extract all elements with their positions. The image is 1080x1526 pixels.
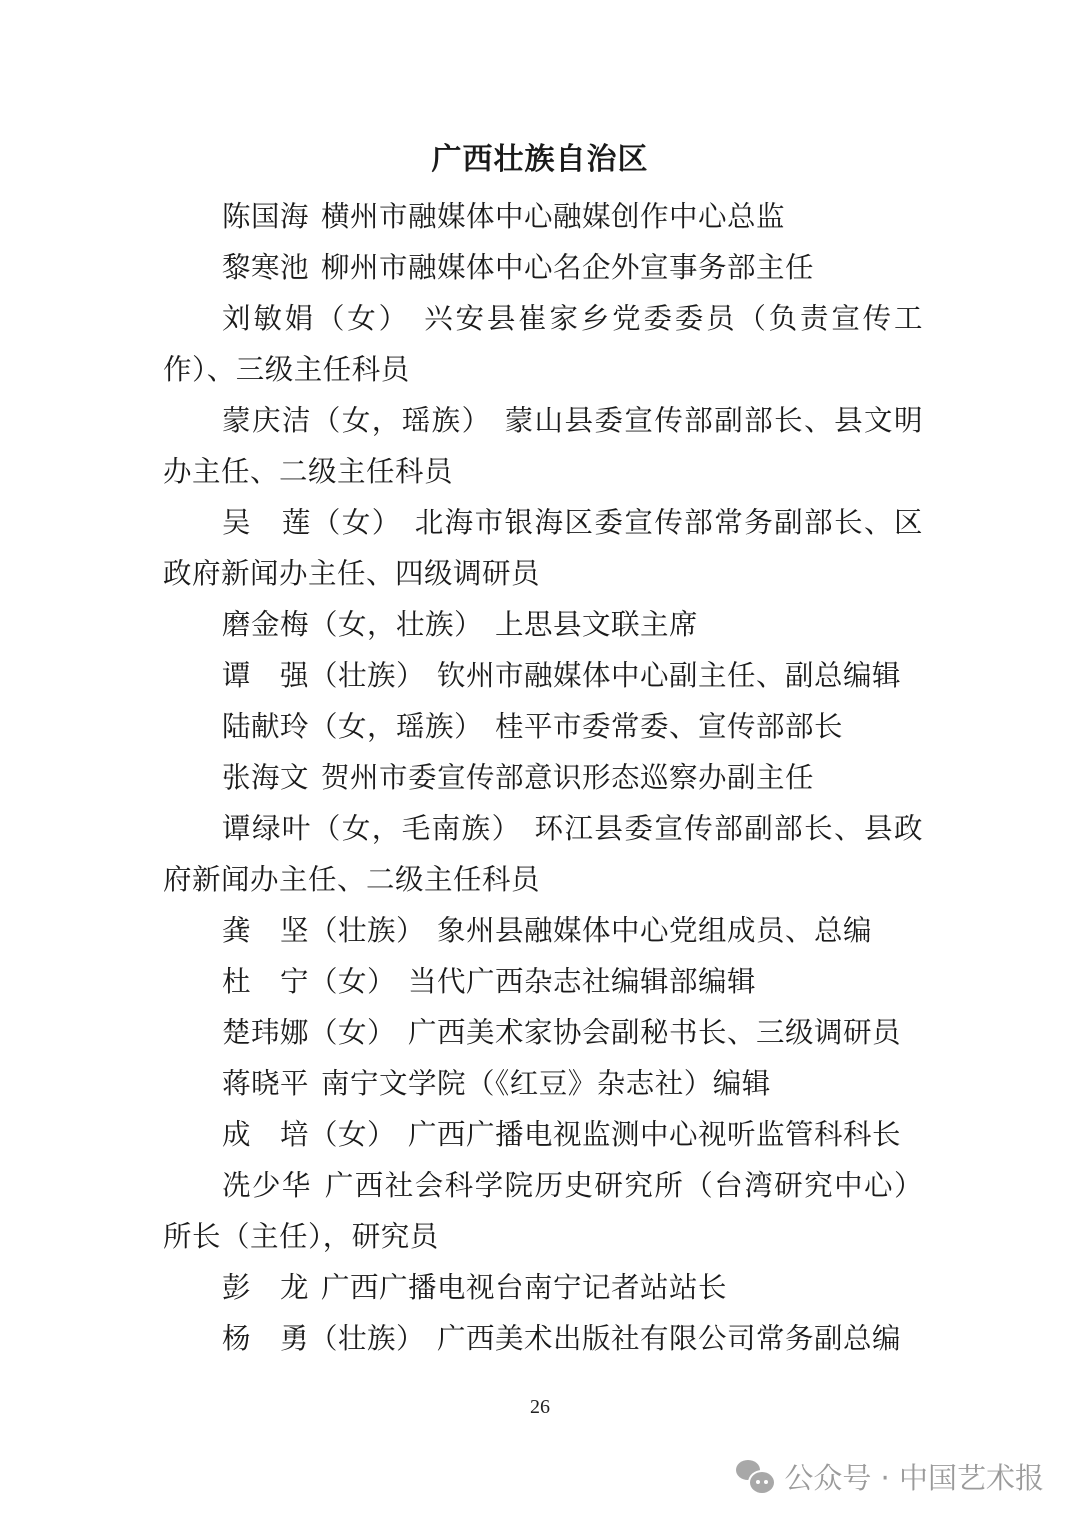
list-item: 谭绿叶（女，毛南族）环江县委宣传部副部长、县政府新闻办主任、二级主任科员	[163, 803, 923, 905]
list-item: 磨金梅（女，壮族）上思县文联主席	[163, 599, 923, 650]
document-page: 广西壮族自治区 陈国海横州市融媒体中心融媒创作中心总监 黎寒池柳州市融媒体中心名…	[0, 0, 1080, 1526]
person-position: 横州市融媒体中心融媒创作中心总监	[321, 200, 785, 233]
person-name: 楚玮娜（女）	[222, 1016, 396, 1049]
watermark: 公众号 · 中国艺术报	[736, 1456, 1044, 1497]
person-name: 刘敏娟（女）	[222, 302, 410, 335]
person-name: 杨 勇（壮族）	[222, 1322, 425, 1355]
person-position: 贺州市委宣传部意识形态巡察办副主任	[321, 761, 814, 794]
person-position: 柳州市融媒体中心名企外宣事务部主任	[321, 251, 814, 284]
wechat-icon	[736, 1460, 774, 1494]
list-item: 张海文贺州市委宣传部意识形态巡察办副主任	[163, 752, 923, 803]
person-position: 当代广西杂志社编辑部编辑	[408, 965, 756, 998]
person-position: 钦州市融媒体中心副主任、副总编辑	[437, 659, 901, 692]
person-name: 张海文	[222, 761, 309, 794]
section-title: 广西壮族自治区	[0, 140, 1080, 180]
list-item: 蒙庆洁（女，瑶族）蒙山县委宣传部副部长、县文明办主任、二级主任科员	[163, 395, 923, 497]
list-item: 陆献玲（女，瑶族）桂平市委常委、宣传部部长	[163, 701, 923, 752]
list-item: 彭 龙广西广播电视台南宁记者站站长	[163, 1262, 923, 1313]
person-position: 广西美术出版社有限公司常务副总编	[437, 1322, 901, 1355]
person-name: 吴 莲（女）	[222, 506, 402, 539]
list-item: 刘敏娟（女）兴安县崔家乡党委委员（负责宣传工作）、三级主任科员	[163, 293, 923, 395]
person-position: 象州县融媒体中心党组成员、总编	[437, 914, 872, 947]
person-name: 黎寒池	[222, 251, 309, 284]
person-name: 蒙庆洁（女，瑶族）	[222, 404, 492, 437]
person-name: 磨金梅（女，壮族）	[222, 608, 483, 641]
person-name: 彭 龙	[222, 1271, 309, 1304]
list-item: 陈国海横州市融媒体中心融媒创作中心总监	[163, 191, 923, 242]
person-name: 成 培（女）	[222, 1118, 396, 1151]
list-item: 楚玮娜（女）广西美术家协会副秘书长、三级调研员	[163, 1007, 923, 1058]
page-number: 26	[0, 1396, 1080, 1419]
person-position: 广西广播电视台南宁记者站站长	[321, 1271, 727, 1304]
person-position: 上思县文联主席	[495, 608, 698, 641]
person-position: 桂平市委常委、宣传部部长	[495, 710, 843, 743]
list-item: 谭 强（壮族）钦州市融媒体中心副主任、副总编辑	[163, 650, 923, 701]
list-item: 成 培（女）广西广播电视监测中心视听监管科科长	[163, 1109, 923, 1160]
list-item: 吴 莲（女）北海市银海区委宣传部常务副部长、区政府新闻办主任、四级调研员	[163, 497, 923, 599]
person-position: 广西广播电视监测中心视听监管科科长	[408, 1118, 901, 1151]
list-item: 龚 坚（壮族）象州县融媒体中心党组成员、总编	[163, 905, 923, 956]
person-name: 谭 强（壮族）	[222, 659, 425, 692]
person-position: 广西美术家协会副秘书长、三级调研员	[408, 1016, 901, 1049]
person-name: 陆献玲（女，瑶族）	[222, 710, 483, 743]
list-item: 冼少华广西社会科学院历史研究所（台湾研究中心）所长（主任），研究员	[163, 1160, 923, 1262]
list-item: 杨 勇（壮族）广西美术出版社有限公司常务副总编	[163, 1313, 923, 1364]
person-name: 谭绿叶（女，毛南族）	[222, 812, 522, 845]
person-position: 南宁文学院（《红豆》杂志社）编辑	[321, 1067, 771, 1100]
person-name: 冼少华	[222, 1169, 312, 1202]
person-name: 陈国海	[222, 200, 309, 233]
watermark-text: 公众号 · 中国艺术报	[784, 1456, 1044, 1497]
list-item: 黎寒池柳州市融媒体中心名企外宣事务部主任	[163, 242, 923, 293]
person-name: 龚 坚（壮族）	[222, 914, 425, 947]
person-name: 蒋晓平	[222, 1067, 309, 1100]
list-item: 杜 宁（女）当代广西杂志社编辑部编辑	[163, 956, 923, 1007]
list-item: 蒋晓平南宁文学院（《红豆》杂志社）编辑	[163, 1058, 923, 1109]
entry-list: 陈国海横州市融媒体中心融媒创作中心总监 黎寒池柳州市融媒体中心名企外宣事务部主任…	[163, 191, 923, 1364]
person-name: 杜 宁（女）	[222, 965, 396, 998]
